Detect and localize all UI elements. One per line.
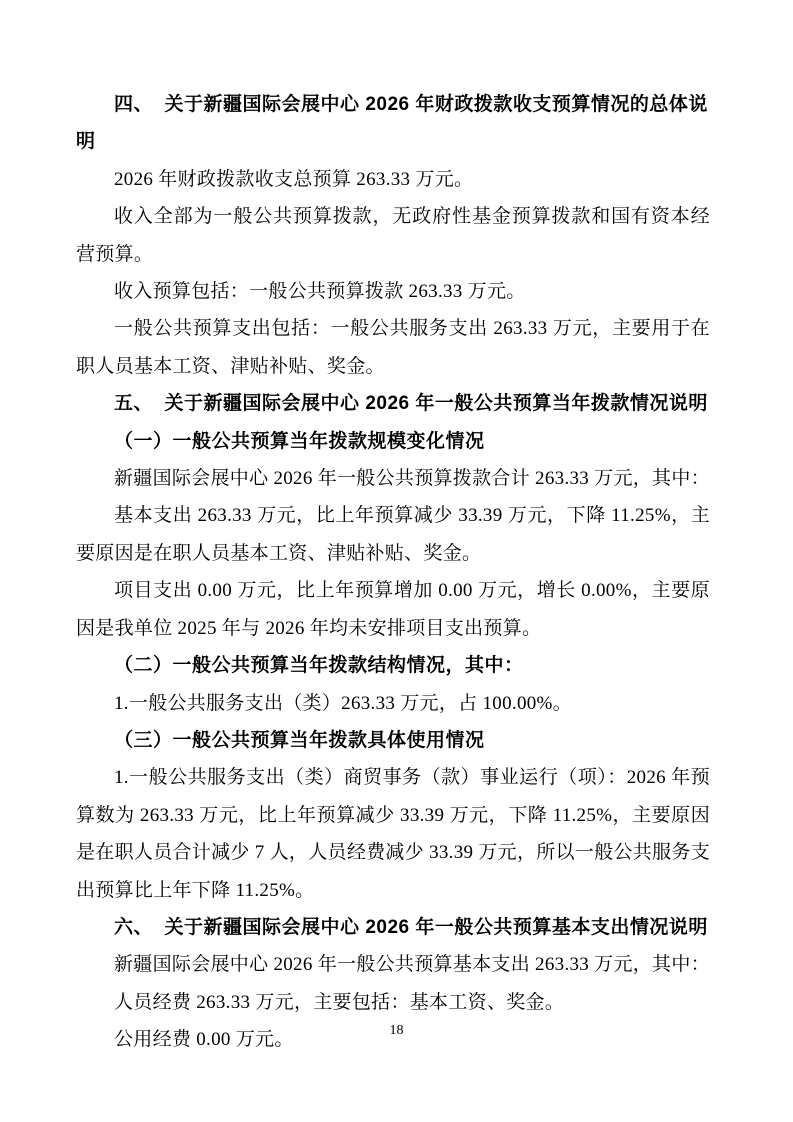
section-5-heading: 五、 关于新疆国际会展中心 2026 年一般公共预算当年拨款情况说明 — [76, 385, 710, 422]
section-5-1-subheading: （一）一般公共预算当年拨款规模变化情况 — [76, 423, 710, 460]
page-number: 18 — [0, 1022, 793, 1040]
section-5-2-subheading: （二）一般公共预算当年拨款结构情况，其中： — [76, 647, 710, 684]
usage-detail-paragraph: 1.一般公共服务支出（类）商贸事务（款）事业运行（项）：2026 年预算数为 2… — [76, 759, 710, 909]
expenditure-budget-paragraph: 一般公共预算支出包括：一般公共服务支出 263.33 万元，主要用于在职人员基本… — [76, 310, 710, 385]
allocation-total-paragraph: 新疆国际会展中心 2026 年一般公共预算拨款合计 263.33 万元，其中： — [76, 460, 710, 497]
project-expenditure-paragraph: 项目支出 0.00 万元，比上年预算增加 0.00 万元，增长 0.00%，主要… — [76, 572, 710, 647]
section-4-heading: 四、 关于新疆国际会展中心 2026 年财政拨款收支预算情况的总体说明 — [76, 86, 710, 161]
income-budget-paragraph: 收入预算包括：一般公共预算拨款 263.33 万元。 — [76, 273, 710, 310]
total-budget-paragraph: 2026 年财政拨款收支总预算 263.33 万元。 — [76, 161, 710, 198]
page-content: 四、 关于新疆国际会展中心 2026 年财政拨款收支预算情况的总体说明 2026… — [76, 86, 710, 1059]
structure-item-paragraph: 1.一般公共服务支出（类）263.33 万元，占 100.00%。 — [76, 685, 710, 722]
income-source-paragraph: 收入全部为一般公共预算拨款，无政府性基金预算拨款和国有资本经营预算。 — [76, 198, 710, 273]
basic-expenditure-total-paragraph: 新疆国际会展中心 2026 年一般公共预算基本支出 263.33 万元，其中： — [76, 946, 710, 983]
basic-expenditure-paragraph: 基本支出 263.33 万元，比上年预算减少 33.39 万元，下降 11.25… — [76, 497, 710, 572]
section-6-heading: 六、 关于新疆国际会展中心 2026 年一般公共预算基本支出情况说明 — [76, 909, 710, 946]
document-page: 四、 关于新疆国际会展中心 2026 年财政拨款收支预算情况的总体说明 2026… — [0, 0, 793, 1122]
personnel-funds-paragraph: 人员经费 263.33 万元，主要包括：基本工资、奖金。 — [76, 984, 710, 1021]
section-5-3-subheading: （三）一般公共预算当年拨款具体使用情况 — [76, 722, 710, 759]
